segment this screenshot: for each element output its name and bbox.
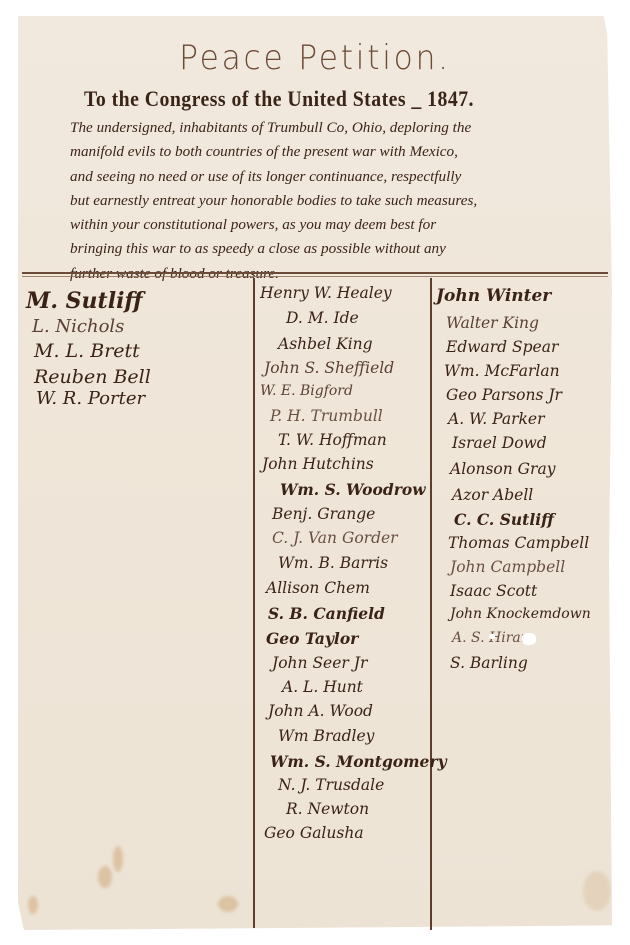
divider-rule xyxy=(22,272,608,274)
signature: John Knockemdown xyxy=(450,606,591,622)
preamble-line: and seeing no need or use of its longer … xyxy=(70,165,600,189)
signature: C. C. Sutliff xyxy=(454,510,554,529)
signature: C. J. Van Gorder xyxy=(272,529,398,547)
stain xyxy=(218,896,238,912)
signature: John Seer Jr xyxy=(272,654,367,672)
signature: A. L. Hunt xyxy=(282,678,363,696)
signature: Isaac Scott xyxy=(450,582,537,600)
signature: Wm. S. Woodrow xyxy=(280,480,426,499)
signature: S. B. Canfield xyxy=(268,604,385,623)
signature: S. Barling xyxy=(450,654,528,672)
signature: Wm. B. Barris xyxy=(278,554,388,572)
stain xyxy=(113,846,123,872)
signature: John A. Wood xyxy=(268,702,373,720)
signature: Wm Bradley xyxy=(278,727,374,745)
divider-rule xyxy=(22,276,608,277)
signature: Azor Abell xyxy=(452,486,533,504)
signature: Wm. S. Montgomery xyxy=(270,752,447,771)
stain xyxy=(98,866,112,888)
signature: M. L. Brett xyxy=(34,340,140,362)
signature: D. M. Ide xyxy=(286,309,359,327)
signature: Wm. McFarlan xyxy=(444,362,560,380)
signature: R. Newton xyxy=(286,800,369,818)
preamble-line: bringing this war to as speedy a close a… xyxy=(70,237,600,261)
signature: T. W. Hoffman xyxy=(278,431,387,449)
column-divider xyxy=(253,278,255,928)
subtitle: To the Congress of the United States _ 1… xyxy=(84,86,474,112)
column-divider xyxy=(430,278,432,930)
signature: Benj. Grange xyxy=(272,505,375,523)
signature: Allison Chem xyxy=(266,579,370,597)
signature: Henry W. Healey xyxy=(260,284,392,302)
signature: Walter King xyxy=(446,314,539,332)
signature: John Winter xyxy=(436,286,551,306)
signature: W. E. Bigford xyxy=(260,383,353,399)
signature: John Hutchins xyxy=(262,455,374,473)
signature: John S. Sheffield xyxy=(264,359,394,377)
preamble-text: The undersigned, inhabitants of Trumbull… xyxy=(70,116,600,286)
signature: Ashbel King xyxy=(278,335,373,353)
signature: Geo Parsons Jr xyxy=(446,386,562,404)
stain xyxy=(28,896,38,914)
preamble-line: within your constitutional powers, as yo… xyxy=(70,213,600,237)
preamble-line: but earnestly entreat your honorable bod… xyxy=(70,189,600,213)
signature: Reuben Bell xyxy=(34,366,151,388)
signature: Geo Galusha xyxy=(264,824,364,842)
signature: A. W. Parker xyxy=(448,410,544,428)
preamble-line: The undersigned, inhabitants of Trumbull… xyxy=(70,116,600,140)
paper-hole xyxy=(489,634,495,639)
signature: Geo Taylor xyxy=(266,629,358,648)
paper-hole xyxy=(522,633,536,645)
signature: Thomas Campbell xyxy=(448,534,589,552)
signature: John Campbell xyxy=(450,558,565,576)
stain xyxy=(583,871,611,911)
signature: L. Nichols xyxy=(32,316,124,337)
signature: W. R. Porter xyxy=(36,388,145,409)
signature: Alonson Gray xyxy=(450,460,555,478)
signature: N. J. Trusdale xyxy=(278,776,384,794)
preamble-line: manifold evils to both countries of the … xyxy=(70,140,600,164)
signature: M. Sutliff xyxy=(26,288,143,314)
signature: Israel Dowd xyxy=(452,434,547,452)
signature: P. H. Trumbull xyxy=(270,407,383,425)
signature: Edward Spear xyxy=(446,338,558,356)
page-title: Peace Petition. xyxy=(42,38,588,78)
